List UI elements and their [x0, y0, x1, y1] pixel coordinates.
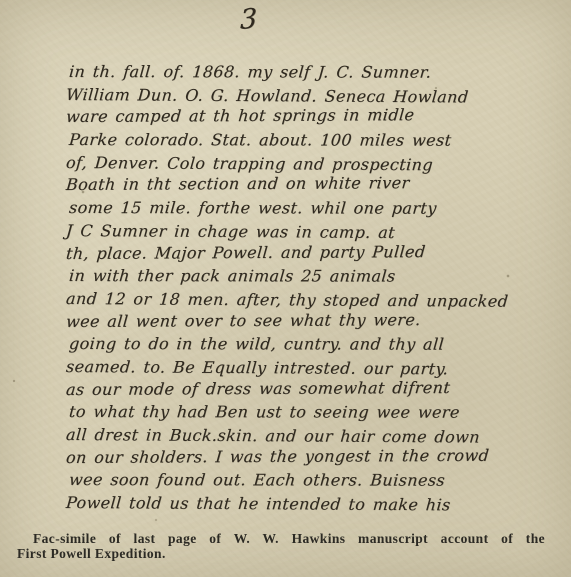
manuscript-page-scan: 3 in th. fall. of. 1868. my self J. C. S… [0, 0, 571, 577]
manuscript-line: th, place. Major Powell. and party Pulle… [65, 240, 541, 265]
manuscript-line: in th. fall. of. 1868. my self J. C. Sum… [68, 61, 544, 85]
manuscript-text-block: in th. fall. of. 1868. my self J. C. Sum… [66, 61, 540, 515]
manuscript-line: on our sholders. I was the yongest in th… [65, 444, 541, 469]
figure-caption: Fac-simile of last page of W. W. Hawkins… [17, 532, 545, 561]
manuscript-line: wee all went over to see what thy were. [65, 308, 541, 333]
manuscript-line: Parke colorado. Stat. about. 100 miles w… [68, 129, 544, 153]
manuscript-line: in with ther pack animals 25 animals [68, 265, 544, 289]
manuscript-line: ware camped at th hot springs in midle [65, 104, 541, 129]
manuscript-line: going to do in the wild, cuntry. and thy… [68, 333, 544, 357]
manuscript-line: Boath in tht section and on white river [65, 172, 541, 197]
manuscript-line: some 15 mile. forthe west. whil one part… [68, 197, 544, 221]
caption-line-2: First Powell Expedition. [17, 547, 545, 562]
manuscript-line: wee soon found out. Each others. Buisnes… [68, 469, 544, 493]
manuscript-line: Powell told us that he intended to make … [65, 492, 541, 518]
page-number: 3 [240, 3, 257, 36]
manuscript-line: to what thy had Ben ust to seeing wee we… [68, 401, 544, 425]
caption-line-1: Fac-simile of last page of W. W. Hawkins… [17, 532, 545, 547]
manuscript-line: as our mode of dress was somewhat difren… [65, 376, 541, 401]
